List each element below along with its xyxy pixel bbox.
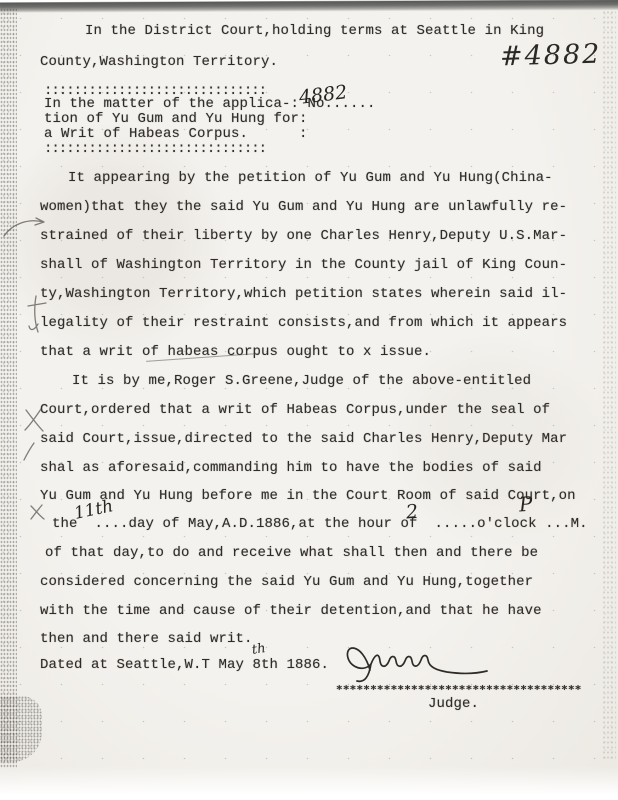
signature-dotted-rule: ************************************	[336, 683, 582, 696]
caption-line-3: a Writ of Habeas Corpus. :	[44, 126, 308, 142]
order-line: It is by me,Roger S.Greene,Judge of the …	[72, 373, 531, 389]
order-line: Court,ordered that a writ of Habeas Corp…	[40, 402, 550, 418]
order-line: shal as aforesaid,commanding him to have…	[40, 460, 542, 476]
petition-line: shall of Washington Territory in the Cou…	[40, 257, 567, 273]
caption-line-1-typed: In the matter of the applica-: No	[44, 96, 325, 112]
pencil-cross-mark	[26, 294, 48, 336]
caption-rule-bottom: ::::::::::::::::::::::::::::::	[44, 141, 266, 157]
petition-line: It appearing by the petition of Yu Gum a…	[68, 170, 553, 186]
closing-line: then and there said writ.	[40, 631, 253, 647]
scanned-court-document: In the District Court,holding terms at S…	[0, 0, 618, 800]
dated-line: Dated at Seattle,W.T May 8th 1886.	[40, 657, 329, 673]
petition-line: strained of their liberty by one Charles…	[40, 228, 567, 244]
pencil-tick-mark	[20, 440, 38, 462]
scan-noise-blob	[0, 696, 42, 762]
scan-fade-bottom	[0, 766, 618, 800]
closing-line: of that day,to do and receive what shall…	[45, 545, 538, 561]
scan-edge-top	[0, 0, 618, 13]
handwritten-ordinal: th	[251, 641, 267, 658]
petition-line: that a writ of habeas corpus ought to x …	[40, 344, 431, 360]
header-line-1: In the District Court,holding terms at S…	[85, 23, 544, 39]
scan-edge-right	[602, 10, 616, 760]
header-line-2: County,Washington Territory.	[40, 54, 278, 70]
pencil-arrow-mark	[2, 214, 48, 240]
signature-title: Judge.	[428, 696, 479, 712]
closing-line: considered concerning the said Yu Gum an…	[40, 574, 533, 590]
closing-line: with the time and cause of their detenti…	[40, 603, 542, 619]
handwritten-hour: 2	[405, 501, 419, 524]
fill-in-line: the ....day of May,A.D.1886,at the hour …	[52, 516, 588, 532]
scan-edge-left	[0, 8, 17, 768]
case-number-stamp: #4882	[500, 39, 602, 73]
pencil-x-mark	[22, 404, 46, 434]
petition-line: legality of their restraint consists,and…	[40, 315, 567, 331]
caption-line-2: tion of Yu Gum and Yu Hung for:	[44, 111, 308, 127]
petition-line: women)that they the said Yu Gum and Yu H…	[40, 199, 567, 215]
pencil-x-mark	[28, 502, 46, 522]
petition-line: ty,Washington Territory,which petition s…	[40, 286, 567, 302]
handwritten-meridiem: P	[518, 492, 533, 517]
order-line: Yu Gum and Yu Hung before me in the Cour…	[40, 488, 576, 504]
order-line: said Court,issue,directed to the said Ch…	[40, 431, 567, 447]
